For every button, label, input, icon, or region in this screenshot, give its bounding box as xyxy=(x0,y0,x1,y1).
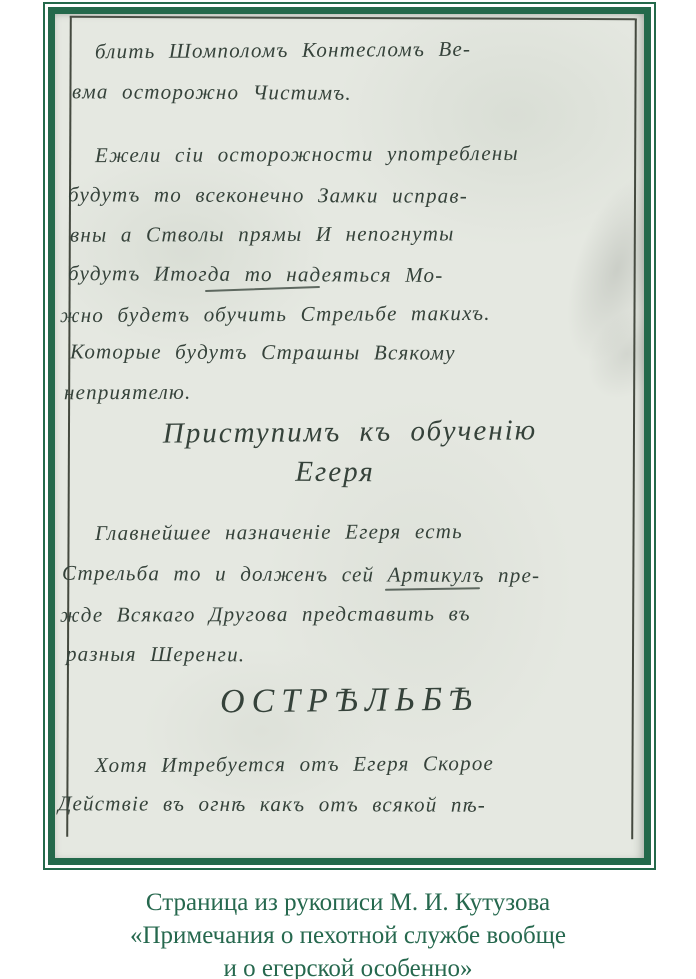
manuscript-line: будутъ Итогда то надеяться Мо- xyxy=(68,261,444,288)
figure-caption-line: и о егерской особенно» xyxy=(0,952,696,979)
manuscript-line: разныя Шеренги. xyxy=(66,642,245,668)
manuscript-line: жде Всякаго Другова представить въ xyxy=(60,601,471,627)
manuscript-line: Ежели сіи осторожности употреблены xyxy=(95,141,519,168)
manuscript-line: блить Шомполомъ Контесломъ Ве- xyxy=(95,37,471,65)
figure-caption: Страница из рукописи М. И. Кутузова «При… xyxy=(0,886,696,979)
figure-frame-inner: блить Шомполомъ Контесломъ Ве- вма остор… xyxy=(48,7,651,865)
manuscript-line: вны а Стволы прямы И непогнуты xyxy=(70,221,455,247)
manuscript-line: жно будетъ обучить Стрельбе такихъ. xyxy=(60,301,491,328)
manuscript-heading-o-strelbe: ОСТРѢЛЬБѢ xyxy=(55,679,644,723)
manuscript-line: вма осторожно Чистимъ. xyxy=(72,79,352,105)
manuscript-line: Главнейшее назначеніе Егеря есть xyxy=(95,519,463,546)
manuscript-line: будутъ то всеконечно Замки исправ- xyxy=(68,182,468,208)
manuscript-line: Стрельба то и долженъ сей Артикулъ пре- xyxy=(62,561,540,589)
manuscript-line: Которые будутъ Страшны Всякому xyxy=(70,339,456,365)
manuscript-scan: блить Шомполомъ Контесломъ Ве- вма остор… xyxy=(55,14,644,858)
figure-frame: блить Шомполомъ Контесломъ Ве- вма остор… xyxy=(43,2,656,870)
manuscript-line: Действіе въ огнѣ какъ отъ всякой пѣ- xyxy=(58,791,486,817)
manuscript-heading-obuchenie: Приступимъ къ обученію xyxy=(90,414,610,452)
figure-caption-line: Страница из рукописи М. И. Кутузова xyxy=(0,886,696,919)
figure-caption-line: «Примечания о пехотной службе вообще xyxy=(0,919,696,952)
manuscript-line: Хотя Итребуется отъ Егеря Скорое xyxy=(95,751,494,778)
book-page: блить Шомполомъ Контесломъ Ве- вма остор… xyxy=(0,0,696,979)
manuscript-heading-egerya: Егеря xyxy=(205,455,465,490)
manuscript-line: неприятелю. xyxy=(64,380,191,405)
